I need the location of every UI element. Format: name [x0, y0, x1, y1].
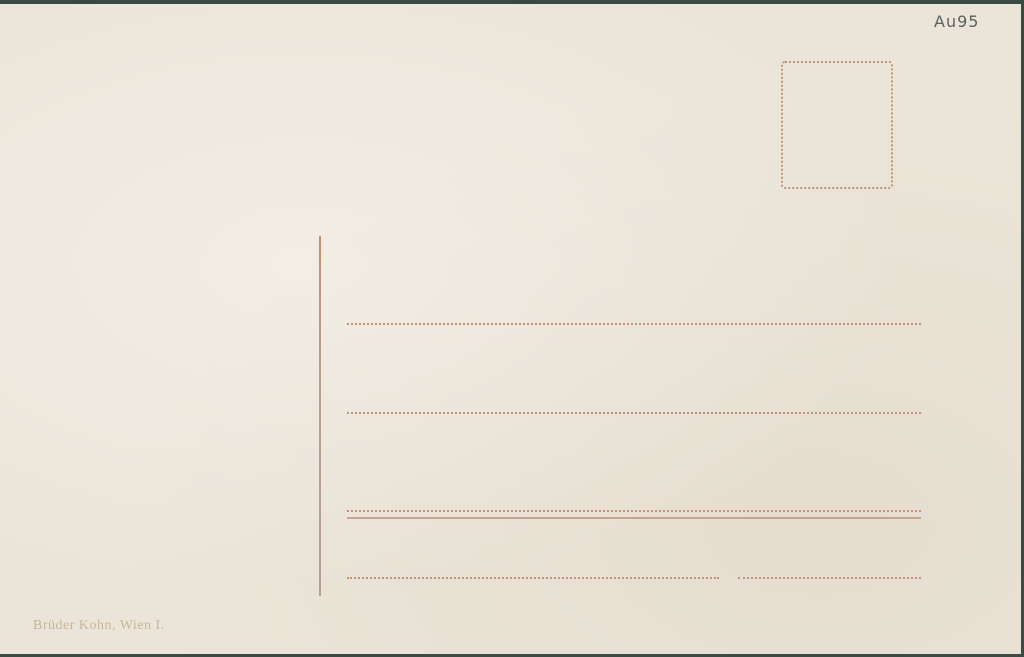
address-line-2 [347, 412, 921, 414]
address-line-4a [347, 577, 719, 579]
stamp-placeholder-box [781, 61, 893, 189]
address-line-1 [347, 323, 921, 325]
postcard-back: Au95 Brüder Kohn, Wien I. [0, 4, 1021, 654]
publisher-imprint: Brüder Kohn, Wien I. [33, 618, 165, 634]
address-line-3-solid [347, 517, 921, 519]
address-line-4b [738, 577, 921, 579]
handwritten-catalog-note: Au95 [934, 12, 979, 31]
vertical-divider-line [319, 236, 321, 596]
address-line-3-dotted [347, 510, 921, 512]
